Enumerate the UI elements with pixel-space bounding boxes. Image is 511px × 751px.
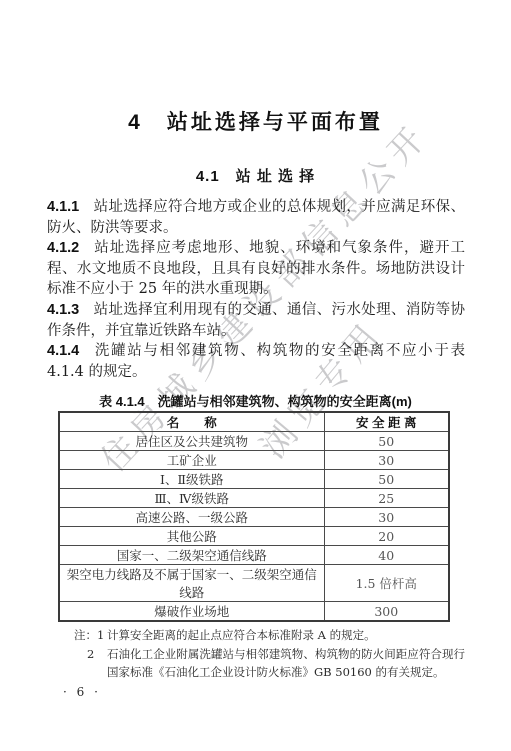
clause-text: 站址选择应考虑地形、地貌、环境和气象条件，避开工程、水文地质不良地段，且具有良好…	[47, 240, 465, 297]
row-label: 爆破作业场地	[59, 602, 324, 622]
clause-text: 站址选择应符合地方或企业的总体规划，并应满足环保、防火、防洪等要求。	[47, 199, 465, 236]
page-number: · 6 ·	[63, 685, 101, 699]
row-label: 居住区及公共建筑物	[59, 432, 324, 451]
row-label: 高速公路、一级公路	[59, 508, 324, 527]
row-label: 架空电力线路及不属于国家一、二级架空通信线路	[59, 565, 324, 602]
table-header-row: 名 称 安 全 距 离	[59, 412, 449, 432]
table-title: 表 4.1.4 洗罐站与相邻建筑物、构筑物的安全距离(m)	[0, 391, 511, 410]
safety-distance-table: 名 称 安 全 距 离 居住区及公共建筑物 50 工矿企业 30 Ⅰ、Ⅱ级铁路 …	[58, 411, 450, 622]
row-value: 300	[324, 602, 449, 622]
note-2: 2 石油化工企业附属洗罐站与相邻建筑物、构筑物的防火间距应符合现行国家标准《石油…	[74, 645, 465, 682]
row-label: 国家一、二级架空通信线路	[59, 546, 324, 565]
row-label: 工矿企业	[59, 451, 324, 470]
clause-list: 4.1.1站址选择应符合地方或企业的总体规划，并应满足环保、防火、防洪等要求。 …	[47, 197, 465, 382]
row-value: 40	[324, 546, 449, 565]
clause-text: 洗罐站与相邻建筑物、构筑物的安全距离不应小于表 4.1.4 的规定。	[47, 343, 465, 380]
table-row: Ⅲ、Ⅳ级铁路 25	[59, 489, 449, 508]
clause-4-1-3: 4.1.3站址选择宜利用现有的交通、通信、污水处理、消防等协作条件，并宜靠近铁路…	[47, 300, 465, 341]
row-value: 50	[324, 470, 449, 489]
note-2-text: 石油化工企业附属洗罐站与相邻建筑物、构筑物的防火间距应符合现行国家标准《石油化工…	[107, 645, 465, 682]
clause-4-1-2: 4.1.2站址选择应考虑地形、地貌、环境和气象条件，避开工程、水文地质不良地段，…	[47, 238, 465, 300]
clause-number: 4.1.2	[47, 240, 79, 256]
table-row: 工矿企业 30	[59, 451, 449, 470]
table-row: 其他公路 20	[59, 527, 449, 546]
row-value: 30	[324, 451, 449, 470]
clause-4-1-4: 4.1.4洗罐站与相邻建筑物、构筑物的安全距离不应小于表 4.1.4 的规定。	[47, 341, 465, 382]
row-value: 1.5 倍杆高	[324, 565, 449, 602]
row-value: 20	[324, 527, 449, 546]
table-header-name: 名 称	[59, 412, 324, 432]
section-title: 4.1 站 址 选 择	[0, 165, 511, 186]
note-1-text: 计算安全距离的起止点应符合本标准附录 A 的规定。	[107, 626, 465, 645]
note-1: 注：1 计算安全距离的起止点应符合本标准附录 A 的规定。	[74, 626, 465, 645]
table-row: 高速公路、一级公路 30	[59, 508, 449, 527]
row-label: Ⅲ、Ⅳ级铁路	[59, 489, 324, 508]
row-value: 30	[324, 508, 449, 527]
clause-number: 4.1.1	[47, 199, 79, 215]
clause-text: 站址选择宜利用现有的交通、通信、污水处理、消防等协作条件，并宜靠近铁路车站。	[47, 302, 465, 339]
table-row: 居住区及公共建筑物 50	[59, 432, 449, 451]
row-value: 25	[324, 489, 449, 508]
note-1-label: 注：1	[74, 626, 107, 645]
clause-number: 4.1.3	[47, 302, 79, 318]
table-notes: 注：1 计算安全距离的起止点应符合本标准附录 A 的规定。 2 石油化工企业附属…	[74, 626, 465, 682]
chapter-title: 4 站址选择与平面布置	[0, 106, 511, 136]
clause-4-1-1: 4.1.1站址选择应符合地方或企业的总体规划，并应满足环保、防火、防洪等要求。	[47, 197, 465, 238]
row-label: 其他公路	[59, 527, 324, 546]
table-row: Ⅰ、Ⅱ级铁路 50	[59, 470, 449, 489]
clause-number: 4.1.4	[47, 343, 79, 359]
table-row: 架空电力线路及不属于国家一、二级架空通信线路 1.5 倍杆高	[59, 565, 449, 602]
table-row: 国家一、二级架空通信线路 40	[59, 546, 449, 565]
table-header-distance: 安 全 距 离	[324, 412, 449, 432]
document-page: 住房城乡建设部信息公开 浏览专用 4 站址选择与平面布置 4.1 站 址 选 择…	[0, 0, 511, 751]
table-row: 爆破作业场地 300	[59, 602, 449, 622]
row-value: 50	[324, 432, 449, 451]
row-label: Ⅰ、Ⅱ级铁路	[59, 470, 324, 489]
note-2-label: 2	[74, 645, 107, 682]
